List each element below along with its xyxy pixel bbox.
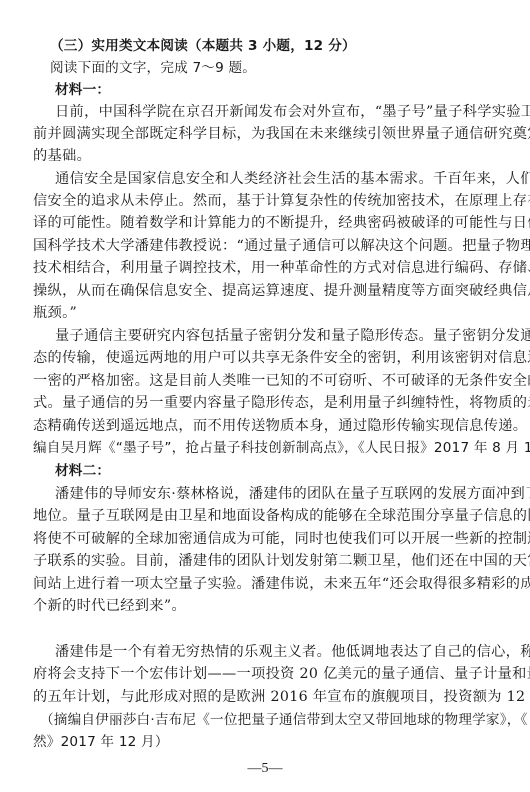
- exam-page: （三）实用类文本阅读（本题共 3 小题，12 分） 阅读下面的文字，完成 7～9…: [0, 0, 530, 792]
- paragraph-line: 日前，中国科学院在京召开新闻发布会对外宣布，“墨子号”量子科学实验卫星提: [55, 102, 493, 122]
- paragraph-line: 地位。量子互联网是由卫星和地面设备构成的能够在全球范围分享量子信息的网络。这: [33, 506, 493, 526]
- instruction: 阅读下面的文字，完成 7～9 题。: [50, 58, 510, 78]
- page-number: —5—: [0, 761, 530, 777]
- paragraph-line: 通信安全是国家信息安全和人类经济社会生活的基本需求。千百年来，人们对于通: [55, 169, 493, 189]
- paragraph-line: 的基础。: [33, 146, 493, 166]
- paragraph-line: 潘建伟是一个有着无穷热情的乐观主义者。他低调地表达了自己的信心，称中国政: [55, 642, 493, 662]
- source-citation: 编自吴月辉《“墨子号”，抢占量子科技创新制高点》，《人民日报》2017 年 8 …: [33, 438, 493, 458]
- paragraph-line: 译的可能性。随着数学和计算能力的不断提升，经典密码被破译的可能性与日俱增。中: [33, 213, 493, 233]
- paragraph-line: 式。量子通信的另一重要内容量子隐形传态，是利用量子纠缠特性，将物质的未知量子: [33, 393, 493, 413]
- paragraph-line: 操纵，从而在确保信息安全、提高运算速度、提升测量精度等方面突破经典信息技术的: [33, 281, 493, 301]
- paragraph-line: 前并圆满实现全部既定科学目标，为我国在未来继续引领世界量子通信研究奠定了坚实: [33, 124, 493, 144]
- paragraph-line: 一密的严格加密。这是目前人类唯一已知的不可窃听、不可破译的无条件安全的通信方: [33, 371, 493, 391]
- paragraph-line: 间站上进行着一项太空量子实验。潘建伟说，未来五年“还会取得很多精彩的成果，一: [33, 574, 493, 594]
- source-citation: 然》2017 年 12 月）: [33, 732, 493, 752]
- paragraph-line: 个新的时代已经到来”。: [33, 596, 493, 616]
- source-citation: （摘编自伊丽莎白·吉布尼《一位把量子通信带到太空又带回地球的物理学家》，《自: [40, 710, 493, 730]
- paragraph-line: 府将会支持下一个宏伟计划——一项投资 20 亿美元的量子通信、量子计量和量子计算: [33, 664, 493, 684]
- paragraph-line: 潘建伟的导师安东·蔡林格说，潘建伟的团队在量子互联网的发展方面冲到了领先: [55, 484, 493, 504]
- paragraph-line: 态精确传送到遥远地点，而不用传送物质本身，通过隐形传输实现信息传递。 （摘: [33, 416, 493, 436]
- paragraph-line: 瓶颈。”: [33, 303, 493, 323]
- paragraph-line: 子联系的实验。目前，潘建伟的团队计划发射第二颗卫星，他们还在中国的天宫二号空: [33, 551, 493, 571]
- paragraph-line: 将使不可破解的全球加密通信成为可能，同时也使我们可以开展一些新的控制远距离量: [33, 529, 493, 549]
- paragraph-line: 信安全的追求从未停止。然而，基于计算复杂性的传统加密技术，在原理上存在着被破: [33, 191, 493, 211]
- paragraph-line: 量子通信主要研究内容包括量子密钥分发和量子隐形传态。量子密钥分发通过量子: [55, 326, 493, 346]
- section-heading: （三）实用类文本阅读（本题共 3 小题，12 分）: [50, 36, 510, 56]
- paragraph-line: 态的传输，使遥远两地的用户可以共享无条件安全的密钥，利用该密钥对信息进行一次: [33, 348, 493, 368]
- paragraph-line: 技术相结合，利用量子调控技术，用一种革命性的方式对信息进行编码、存储、传输和: [33, 258, 493, 278]
- material1-label: 材料一：: [55, 80, 515, 100]
- material2-label: 材料二：: [55, 461, 515, 481]
- paragraph-line: 国科学技术大学潘建伟教授说：“通过量子通信可以解决这个问题。把量子物理与信息: [33, 236, 493, 256]
- paragraph-line: 的五年计划，与此形成对照的是欧洲 2016 年宣布的旗舰项目，投资额为 12 亿…: [33, 687, 493, 707]
